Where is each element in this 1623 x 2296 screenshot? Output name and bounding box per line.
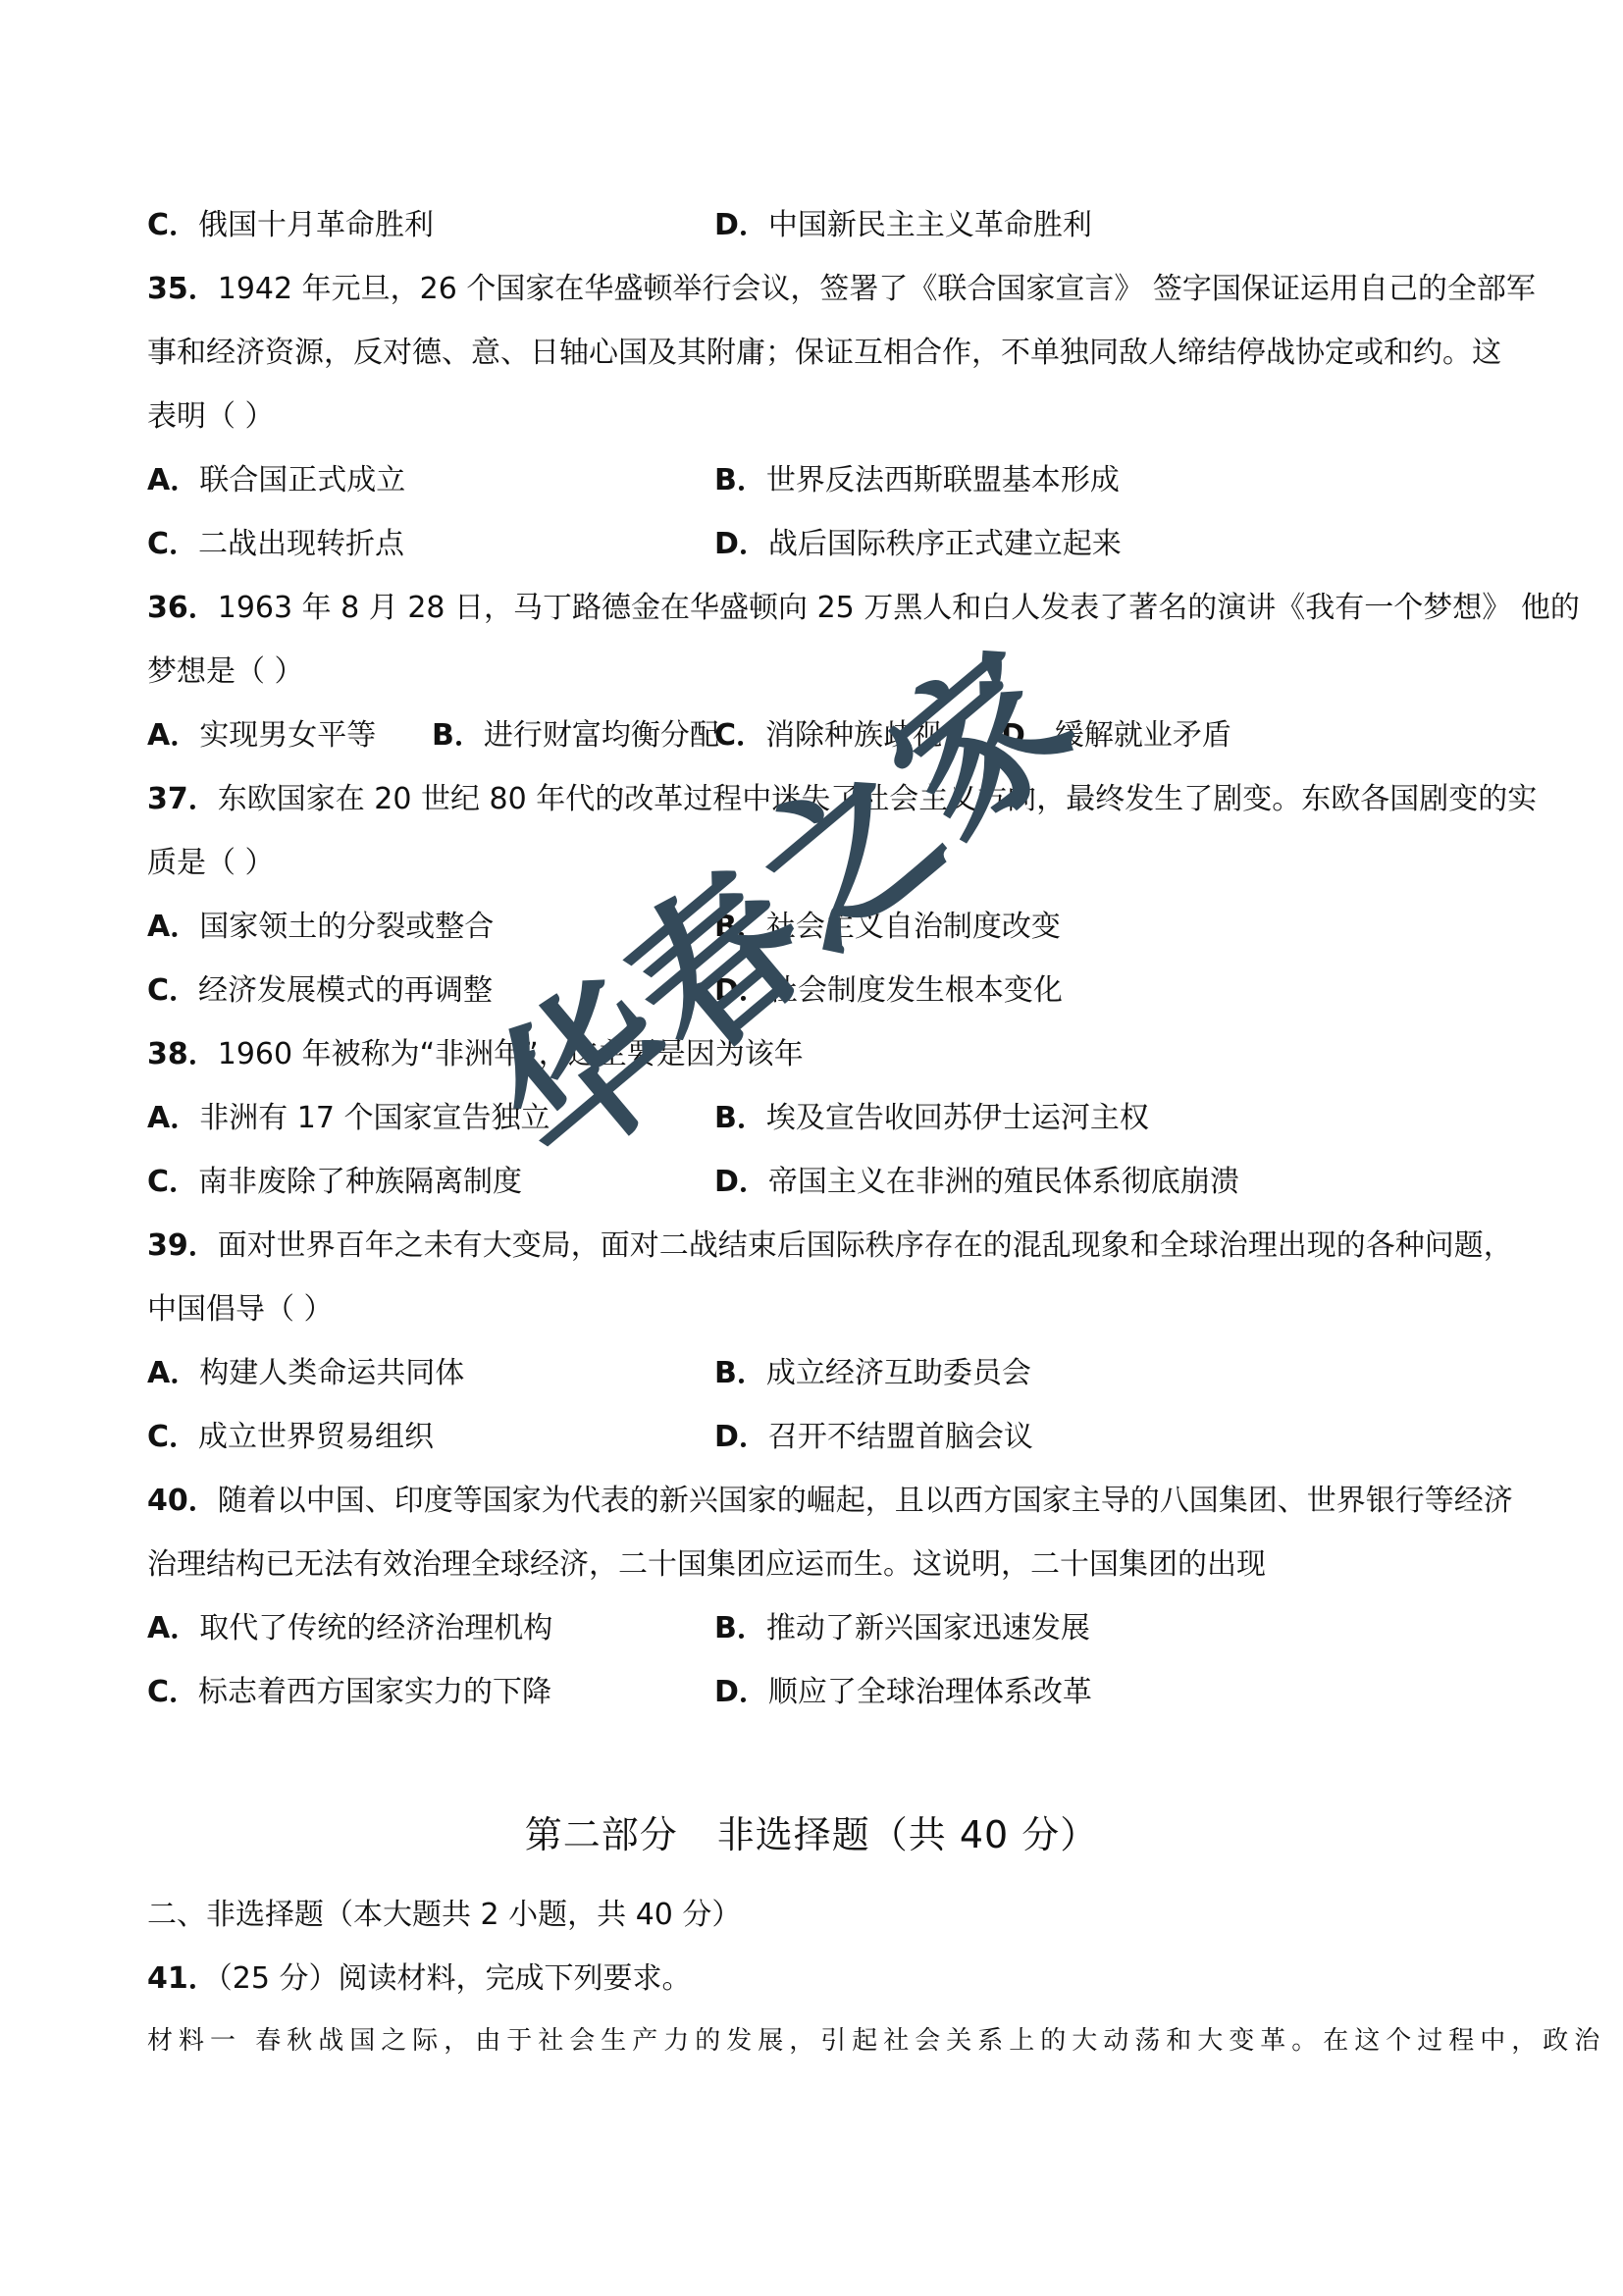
q36-option-a: A．实现男女平等 [147,716,376,756]
q37-stem-line-1: 37．东欧国家在 20 世纪 80 年代的改革过程中迷失了社会主义方向，最终发生… [147,780,1537,819]
option-text: 社会制度发生根本变化 [768,973,1063,1008]
q38-option-b: B．埃及宣告收回苏伊士运河主权 [714,1099,1149,1138]
option-label: D． [714,527,768,561]
option-text: 取代了传统的经济治理机构 [199,1611,552,1645]
exam-page: C．俄国十月革命胜利 D．中国新民主主义革命胜利 35．1942 年元旦，26 … [0,0,1623,2296]
option-text: 中国新民主主义革命胜利 [768,208,1092,242]
part-subtitle: 非选择题（共 40 分） [717,1813,1099,1856]
option-text: 世界反法西斯联盟基本形成 [766,463,1120,497]
q35-stem-line-2: 事和经济资源，反对德、意、日轴心国及其附庸；保证互相合作，不单独同敌人缔结停战协… [147,334,1501,373]
q38-option-a: A．非洲有 17 个国家宣告独立 [147,1099,550,1138]
q34-option-c: C．俄国十月革命胜利 [147,206,434,245]
question-number: 40． [147,1484,218,1518]
option-label: C． [714,718,765,753]
q37-option-a: A．国家领土的分裂或整合 [147,908,494,947]
stem-text: 1942 年元旦，26 个国家在华盛顿举行会议，签署了《联合国家宣言》 签字国保… [218,272,1536,306]
q41-stem: 41．（25 分）阅读材料，完成下列要求。 [147,1959,691,1999]
stem-text: （25 分）阅读材料，完成下列要求。 [218,1961,692,1996]
q35-option-b: B．世界反法西斯联盟基本形成 [714,461,1120,500]
question-number: 39． [147,1228,218,1263]
part-title: 第二部分 [525,1813,678,1856]
option-label: B． [714,1356,766,1390]
option-label: B． [714,1101,766,1135]
q38-option-d: D．帝国主义在非洲的殖民体系彻底崩溃 [714,1163,1239,1202]
option-label: D． [714,208,768,242]
option-text: 经济发展模式的再调整 [198,973,493,1008]
option-text: 国家领土的分裂或整合 [199,910,494,944]
q37-stem-line-2: 质是（ ） [147,844,275,883]
q38-option-c: C．南非废除了种族隔离制度 [147,1163,522,1202]
option-label: A． [147,718,199,753]
q37-option-c: C．经济发展模式的再调整 [147,971,493,1011]
q36-stem-line-1: 36．1963 年 8 月 28 日，马丁路德金在华盛顿向 25 万黑人和白人发… [147,589,1580,628]
option-text: 成立经济互助委员会 [766,1356,1031,1390]
option-label: A． [147,1611,199,1645]
option-label: D． [714,1675,768,1709]
q39-option-d: D．召开不结盟首脑会议 [714,1418,1033,1457]
q35-option-a: A．联合国正式成立 [147,461,405,500]
q34-option-d: D．中国新民主主义革命胜利 [714,206,1092,245]
q39-option-c: C．成立世界贸易组织 [147,1418,434,1457]
option-text: 帝国主义在非洲的殖民体系彻底崩溃 [768,1165,1239,1199]
option-text: 实现男女平等 [199,718,376,753]
stem-text: 面对世界百年之未有大变局，面对二战结束后国际秩序存在的混乱现象和全球治理出现的各… [218,1228,1513,1263]
question-number: 37． [147,782,218,816]
question-number: 38． [147,1037,218,1071]
option-label: D． [1001,718,1055,753]
q35-stem-line-1: 35．1942 年元旦，26 个国家在华盛顿举行会议，签署了《联合国家宣言》 签… [147,270,1536,309]
q36-option-b: B．进行财富均衡分配 [432,716,719,756]
q37-option-d: D．社会制度发生根本变化 [714,971,1063,1011]
option-text: 俄国十月革命胜利 [198,208,434,242]
option-text: 战后国际秩序正式建立起来 [768,527,1122,561]
question-number: 41． [147,1961,218,1996]
q36-stem-line-2: 梦想是（ ） [147,652,304,692]
stem-text: 随着以中国、印度等国家为代表的新兴国家的崛起，且以西方国家主导的八国集团、世界银… [218,1484,1513,1518]
option-text: 构建人类命运共同体 [199,1356,464,1390]
stem-text: 1963 年 8 月 28 日，马丁路德金在华盛顿向 25 万黑人和白人发表了著… [218,591,1580,625]
section-heading: 二、非选择题（本大题共 2 小题，共 40 分） [147,1896,741,1935]
option-text: 社会主义自治制度改变 [766,910,1061,944]
option-label: C． [147,973,198,1008]
q38-stem-line-1: 38．1960 年被称为“非洲年”，这主要是因为该年 [147,1035,804,1074]
q39-option-b: B．成立经济互助委员会 [714,1354,1031,1393]
option-text: 消除种族歧视 [765,718,942,753]
option-label: A． [147,1101,199,1135]
question-number: 36． [147,591,218,625]
q40-option-a: A．取代了传统的经济治理机构 [147,1609,552,1648]
material-one-text: 材料一 春秋战国之际，由于社会生产力的发展，引起社会关系上的大动荡和大变革。在这… [147,2023,1605,2059]
q40-option-c: C．标志着西方国家实力的下降 [147,1673,551,1712]
q36-option-d: D．缓解就业矛盾 [1001,716,1231,756]
q40-stem-line-1: 40．随着以中国、印度等国家为代表的新兴国家的崛起，且以西方国家主导的八国集团、… [147,1482,1513,1521]
option-label: A． [147,463,199,497]
option-label: C． [147,208,198,242]
stem-text: 东欧国家在 20 世纪 80 年代的改革过程中迷失了社会主义方向，最终发生了剧变… [218,782,1538,816]
q35-option-d: D．战后国际秩序正式建立起来 [714,525,1122,564]
option-label: B． [714,463,766,497]
option-text: 埃及宣告收回苏伊士运河主权 [766,1101,1149,1135]
q40-stem-line-2: 治理结构已无法有效治理全球经济，二十国集团应运而生。这说明，二十国集团的出现 [147,1545,1266,1585]
option-text: 联合国正式成立 [199,463,405,497]
option-label: D． [714,1420,768,1454]
option-label: A． [147,910,199,944]
q39-option-a: A．构建人类命运共同体 [147,1354,464,1393]
option-text: 二战出现转折点 [198,527,404,561]
part2-heading: 第二部分非选择题（共 40 分） [0,1810,1623,1859]
stem-text: 1960 年被称为“非洲年”，这主要是因为该年 [218,1037,804,1071]
option-label: C． [147,527,198,561]
q35-stem-line-3: 表明（ ） [147,397,275,437]
q35-option-c: C．二战出现转折点 [147,525,404,564]
q39-stem-line-2: 中国倡导（ ） [147,1290,334,1330]
option-text: 成立世界贸易组织 [198,1420,434,1454]
option-label: D． [714,1165,768,1199]
q40-option-d: D．顺应了全球治理体系改革 [714,1673,1092,1712]
option-text: 南非废除了种族隔离制度 [198,1165,522,1199]
q39-stem-line-1: 39．面对世界百年之未有大变局，面对二战结束后国际秩序存在的混乱现象和全球治理出… [147,1226,1513,1266]
question-number: 35． [147,272,218,306]
option-label: B． [714,1611,766,1645]
option-text: 非洲有 17 个国家宣告独立 [199,1101,550,1135]
option-text: 召开不结盟首脑会议 [768,1420,1033,1454]
option-label: C． [147,1675,198,1709]
option-label: B． [432,718,484,753]
option-text: 标志着西方国家实力的下降 [198,1675,551,1709]
q37-option-b: B．社会主义自治制度改变 [714,908,1061,947]
option-label: D． [714,973,768,1008]
option-label: B． [714,910,766,944]
option-label: C． [147,1420,198,1454]
option-text: 缓解就业矛盾 [1055,718,1231,753]
option-text: 顺应了全球治理体系改革 [768,1675,1092,1709]
q36-option-c: C．消除种族歧视 [714,716,942,756]
option-label: A． [147,1356,199,1390]
option-label: C． [147,1165,198,1199]
option-text: 推动了新兴国家迅速发展 [766,1611,1090,1645]
option-text: 进行财富均衡分配 [484,718,719,753]
q40-option-b: B．推动了新兴国家迅速发展 [714,1609,1090,1648]
